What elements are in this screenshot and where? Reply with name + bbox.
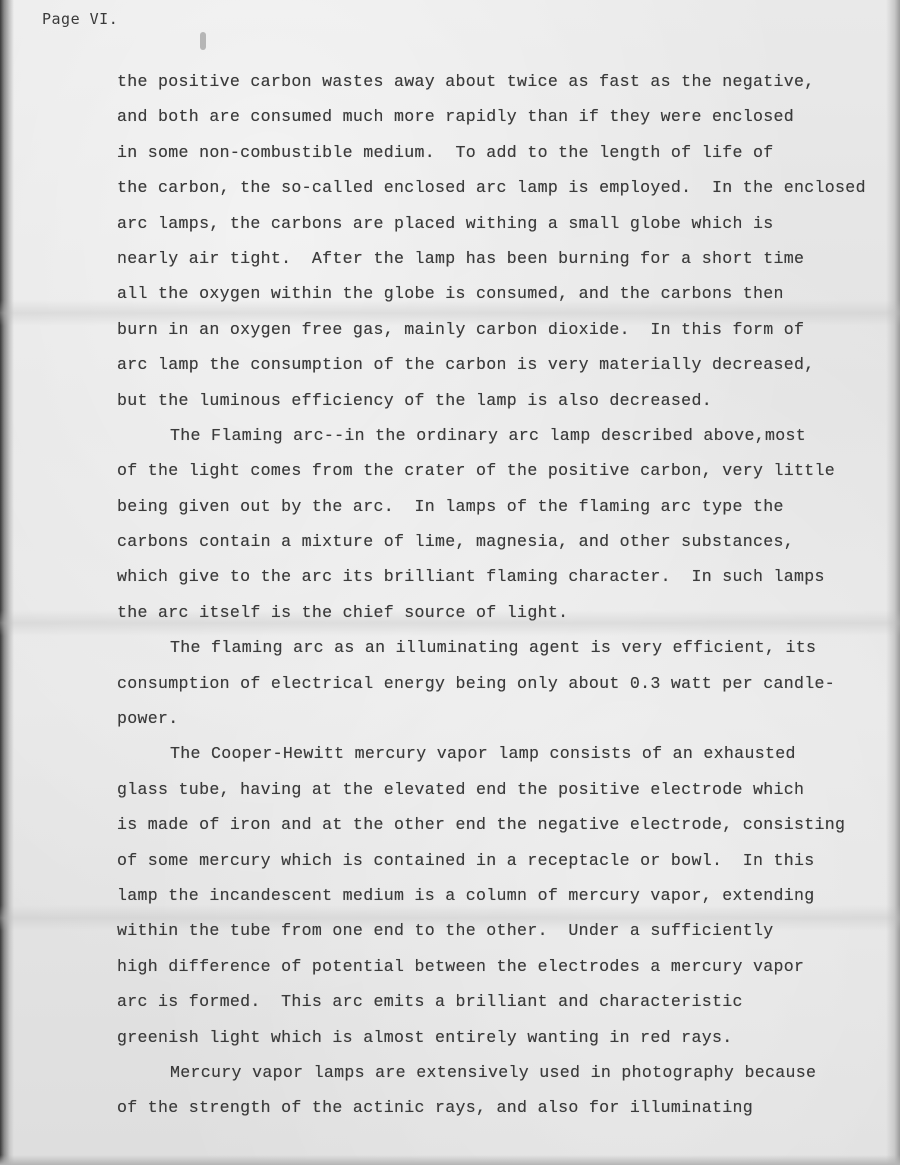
text-line: all the oxygen within the globe is consu… [117,276,897,311]
page-number: Page VI. [42,10,118,28]
text-line: of some mercury which is contained in a … [117,843,897,878]
text-line: arc is formed. This arc emits a brillian… [117,984,897,1019]
text-line: which give to the arc its brilliant flam… [117,559,897,594]
text-line: the arc itself is the chief source of li… [117,595,897,630]
text-line: and both are consumed much more rapidly … [117,99,897,134]
ink-smudge [200,32,206,50]
text-line: the positive carbon wastes away about tw… [117,64,897,99]
text-line: in some non-combustible medium. To add t… [117,135,897,170]
typewritten-page: Page VI. the positive carbon wastes away… [0,0,900,1165]
paragraph-first-line: The Cooper-Hewitt mercury vapor lamp con… [117,736,897,771]
text-line: burn in an oxygen free gas, mainly carbo… [117,312,897,347]
text-line: of the strength of the actinic rays, and… [117,1090,897,1125]
text-line: glass tube, having at the elevated end t… [117,772,897,807]
text-line: arc lamps, the carbons are placed within… [117,206,897,241]
text-line: is made of iron and at the other end the… [117,807,897,842]
paragraph-first-line: Mercury vapor lamps are extensively used… [117,1055,897,1090]
text-line: nearly air tight. After the lamp has bee… [117,241,897,276]
text-line: lamp the incandescent medium is a column… [117,878,897,913]
text-line: power. [117,701,897,736]
text-line: arc lamp the consumption of the carbon i… [117,347,897,382]
text-line: within the tube from one end to the othe… [117,913,897,948]
text-line: consumption of electrical energy being o… [117,666,897,701]
page-left-edge-shadow [0,0,14,1165]
body-text: the positive carbon wastes away about tw… [117,64,897,1126]
text-line: carbons contain a mixture of lime, magne… [117,524,897,559]
text-line: of the light comes from the crater of th… [117,453,897,488]
text-line: but the luminous efficiency of the lamp … [117,383,897,418]
text-line: greenish light which is almost entirely … [117,1020,897,1055]
text-line: the carbon, the so-called enclosed arc l… [117,170,897,205]
paragraph-first-line: The flaming arc as an illuminating agent… [117,630,897,665]
text-line: high difference of potential between the… [117,949,897,984]
paragraph-first-line: The Flaming arc--in the ordinary arc lam… [117,418,897,453]
text-line: being given out by the arc. In lamps of … [117,489,897,524]
page-bottom-edge-shadow [0,1155,900,1165]
